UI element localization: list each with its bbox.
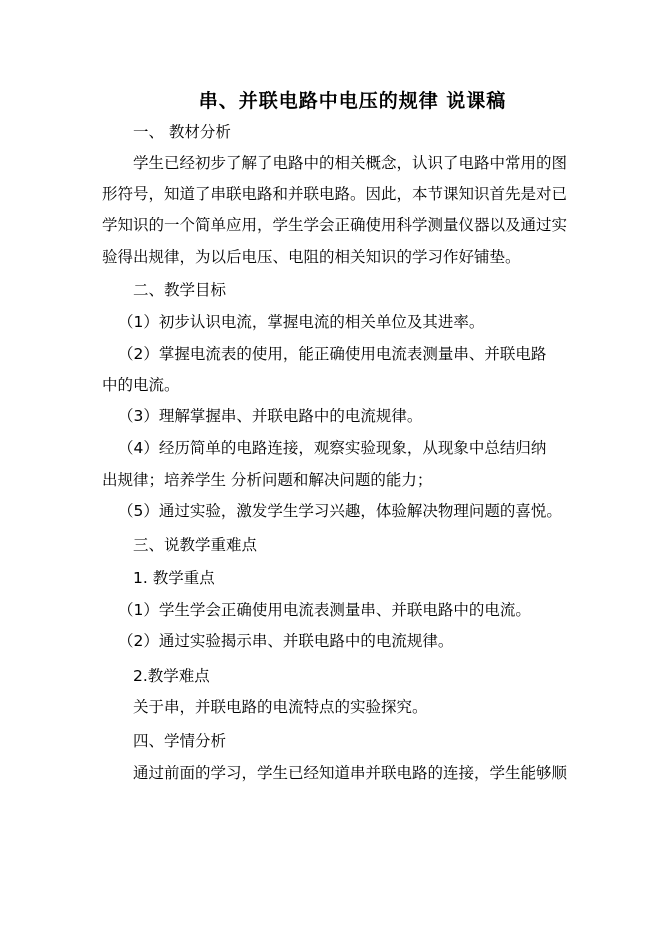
paragraph-line: （2）通过实验揭示串、并联电路中的电流规律。 bbox=[118, 631, 453, 651]
document-page: 串、并联电路中电压的规律 说课稿 一、 教材分析学生已经初步了解了电路中的相关概… bbox=[0, 0, 661, 935]
paragraph-line: 中的电流。 bbox=[102, 375, 180, 395]
paragraph-line: （3）理解掌握串、并联电路中的电流规律。 bbox=[118, 406, 422, 426]
paragraph-line: 三、说教学重难点 bbox=[133, 535, 257, 555]
paragraph-line: 二、教学目标 bbox=[133, 280, 226, 300]
document-title: 串、并联电路中电压的规律 说课稿 bbox=[0, 86, 661, 113]
paragraph-line: 学知识的一个简单应用，学生学会正确使用科学测量仪器以及通过实 bbox=[102, 215, 567, 235]
paragraph-line: （1）初步认识电流，掌握电流的相关单位及其进率。 bbox=[118, 312, 484, 332]
paragraph-line: 2.教学难点 bbox=[133, 666, 210, 686]
paragraph-line: 四、学情分析 bbox=[133, 731, 226, 751]
paragraph-line: （5）通过实验，激发学生学习兴趣，体验解决物理问题的喜悦。 bbox=[118, 501, 562, 521]
paragraph-line: 形符号，知道了串联电路和并联电路。因此，本节课知识首先是对已 bbox=[102, 184, 567, 204]
paragraph-line: （1）学生学会正确使用电流表测量串、并联电路中的电流。 bbox=[118, 600, 531, 620]
paragraph-line: 1. 教学重点 bbox=[133, 568, 215, 588]
paragraph-line: （4）经历简单的电路连接，观察实验现象，从现象中总结归纳 bbox=[118, 438, 546, 458]
paragraph-line: 一、 教材分析 bbox=[133, 122, 231, 142]
paragraph-line: 学生已经初步了解了电路中的相关概念，认识了电路中常用的图 bbox=[133, 153, 567, 173]
paragraph-line: 出规律；培养学生 分析问题和解决问题的能力； bbox=[102, 470, 432, 490]
paragraph-line: 通过前面的学习，学生已经知道串并联电路的连接，学生能够顺 bbox=[133, 763, 567, 783]
paragraph-line: 验得出规律，为以后电压、电阻的相关知识的学习作好铺垫。 bbox=[102, 247, 521, 267]
paragraph-line: 关于串，并联电路的电流特点的实验探究。 bbox=[133, 697, 428, 717]
paragraph-line: （2）掌握电流表的使用，能正确使用电流表测量串、并联电路 bbox=[118, 344, 546, 364]
